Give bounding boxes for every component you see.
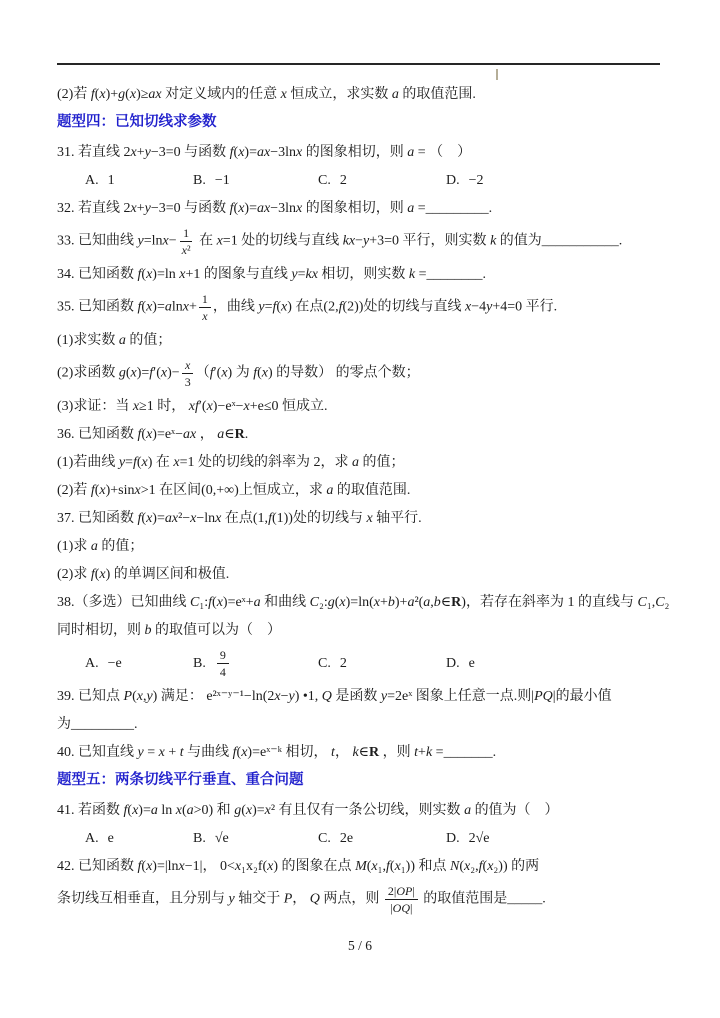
fraction: 1x²	[179, 226, 194, 257]
sub-question-line: (1)若曲线 y=f(x) 在 x=1 处的切线的斜率为 2，求 a 的值；	[57, 452, 669, 473]
fraction-denominator: x	[199, 308, 210, 323]
option-label: B.	[193, 170, 206, 191]
page-number: 5 / 6	[0, 938, 720, 954]
question-line: 39. 已知点 P(x,y) 满足： e²ˣ⁻ʸ⁻¹−ln(2x−y) •1, …	[57, 686, 669, 707]
option: B.√e	[193, 828, 318, 849]
sub-question-line: (2)求 f(x) 的单调区间和极值.	[57, 564, 669, 585]
option-value: √e	[215, 828, 229, 849]
question-line: 42. 已知函数 f(x)=|lnx−1|， 0<x₁x₂f(x) 的图象在点 …	[57, 856, 669, 877]
fraction-numerator: 9	[217, 648, 229, 664]
option: D.2√e	[446, 828, 669, 849]
question-line: 40. 已知直线 y = x + t 与曲线 f(x)=eˣ⁻ᵏ 相切， t， …	[57, 742, 669, 763]
option: C.2	[318, 653, 446, 674]
question-line: 32. 若直线 2x+y−3=0 与函数 f(x)=ax−3lnx 的图象相切，…	[57, 198, 669, 219]
fraction-denominator: x²	[179, 242, 194, 257]
option: B.−1	[193, 170, 318, 191]
fraction-numerator: 1	[199, 292, 211, 308]
option-label: A.	[85, 170, 99, 191]
option-value: 2	[340, 170, 347, 191]
continuation-line: 同时相切，则 b 的取值可以为（ ）	[57, 620, 669, 641]
fraction-numerator: 2|OP|	[385, 884, 418, 900]
options-row: A.−eB.94C.2D.e	[57, 648, 669, 679]
option-value: 2e	[340, 828, 353, 849]
option: A.−e	[85, 653, 193, 674]
sub-question-line: (2)若 f(x)+g(x)≥ax 对定义域内的任意 x 恒成立，求实数 a 的…	[57, 84, 669, 105]
option: B.94	[193, 648, 318, 679]
option-value: −1	[215, 170, 230, 191]
option: A.e	[85, 828, 193, 849]
question-line: 31. 若直线 2x+y−3=0 与函数 f(x)=ax−3lnx 的图象相切，…	[57, 142, 669, 163]
question-line: 38.（多选）已知曲线 C₁:f(x)=eˣ+a 和曲线 C₂:g(x)=ln(…	[57, 592, 669, 613]
sub-question-line: (2)求函数 g(x)=f′(x)−x3（f′(x) 为 f(x) 的导数） 的…	[57, 358, 669, 389]
question-line: 33. 已知曲线 y=lnx−1x² 在 x=1 处的切线与直线 kx−y+3=…	[57, 226, 669, 257]
option-value: 94	[215, 648, 231, 679]
option-value: 2	[340, 653, 347, 674]
option-label: D.	[446, 653, 460, 674]
option-label: D.	[446, 828, 460, 849]
option-label: C.	[318, 170, 331, 191]
option: A.1	[85, 170, 193, 191]
question-line: 37. 已知函数 f(x)=ax²−x−lnx 在点(1,f(1))处的切线与 …	[57, 508, 669, 529]
document-body: (2)若 f(x)+g(x)≥ax 对定义域内的任意 x 恒成立，求实数 a 的…	[57, 84, 669, 922]
option-label: A.	[85, 653, 99, 674]
option-value: e	[469, 653, 475, 674]
fraction-numerator: x	[182, 358, 193, 374]
section-heading: 题型五：两条切线平行垂直、重合问题	[57, 770, 669, 791]
option-value: −2	[469, 170, 484, 191]
fraction: 2|OP||OQ|	[385, 884, 418, 915]
fraction: 94	[217, 648, 229, 679]
options-row: A.eB.√eC.2eD.2√e	[57, 828, 669, 849]
option-label: A.	[85, 828, 99, 849]
option: C.2	[318, 170, 446, 191]
fraction-numerator: 1	[180, 226, 192, 242]
option-label: B.	[193, 653, 206, 674]
continuation-line: 为_________.	[57, 714, 669, 735]
option-value: e	[108, 828, 114, 849]
question-line: 34. 已知函数 f(x)=ln x+1 的图象与直线 y=kx 相切，则实数 …	[57, 264, 669, 285]
question-line: 35. 已知函数 f(x)=alnx+1x，曲线 y=f(x) 在点(2,f(2…	[57, 292, 669, 323]
sub-question-line: (1)求实数 a 的值；	[57, 330, 669, 351]
fraction: x3	[182, 358, 194, 389]
option-label: B.	[193, 828, 206, 849]
fraction-denominator: |OQ|	[387, 900, 415, 915]
sub-question-line: (1)求 a 的值；	[57, 536, 669, 557]
option-label: D.	[446, 170, 460, 191]
sub-question-line: (3)求证：当 x≥1 时， xf′(x)−eˣ−x+e≤0 恒成立.	[57, 396, 669, 417]
option-value: −e	[108, 653, 122, 674]
document-page: (2)若 f(x)+g(x)≥ax 对定义域内的任意 x 恒成立，求实数 a 的…	[0, 0, 720, 1018]
continuation-line: 条切线互相垂直，且分别与 y 轴交于 P， Q 两点，则 2|OP||OQ| 的…	[57, 884, 669, 915]
header-rule	[57, 63, 660, 65]
option-value: 2√e	[469, 828, 490, 849]
stray-mark	[496, 69, 498, 80]
question-line: 41. 若函数 f(x)=a ln x(a>0) 和 g(x)=x² 有且仅有一…	[57, 800, 669, 821]
option-label: C.	[318, 653, 331, 674]
option: D.e	[446, 653, 669, 674]
sub-question-line: (2)若 f(x)+sinx>1 在区间(0,+∞)上恒成立，求 a 的取值范围…	[57, 480, 669, 501]
section-heading: 题型四：已知切线求参数	[57, 112, 669, 133]
option: C.2e	[318, 828, 446, 849]
question-line: 36. 已知函数 f(x)=eˣ−ax ， a∈R.	[57, 424, 669, 445]
option-value: 1	[108, 170, 115, 191]
fraction: 1x	[199, 292, 211, 323]
option-label: C.	[318, 828, 331, 849]
option: D.−2	[446, 170, 669, 191]
fraction-denominator: 3	[182, 374, 194, 389]
fraction-denominator: 4	[217, 664, 229, 679]
options-row: A.1B.−1C.2D.−2	[57, 170, 669, 191]
